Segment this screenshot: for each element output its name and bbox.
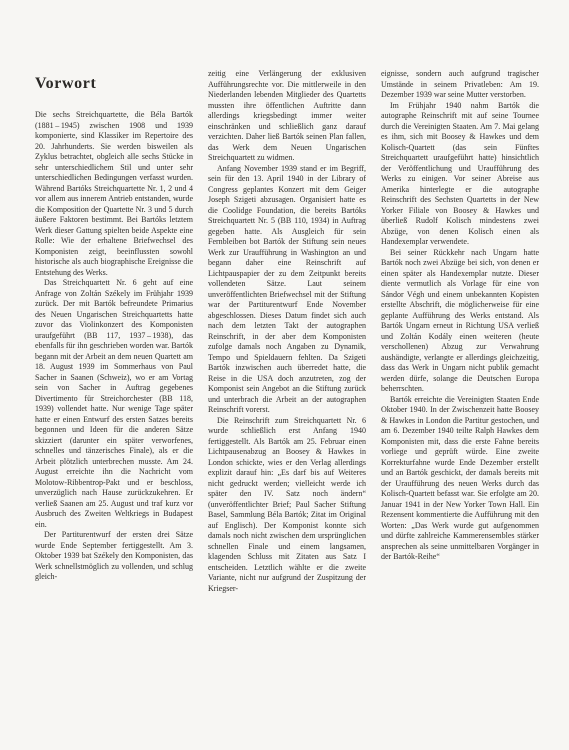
text-column-2: zeitig eine Verlängerung der exklusiven … [208,69,366,670]
paragraph: Der Partiturentwurf der ersten drei Sätz… [35,530,193,583]
paragraph: Im Frühjahr 1940 nahm Bartók die autogra… [381,101,539,248]
paragraph: Bartók erreichte die Vereinigten Staaten… [381,395,539,563]
paragraph: Die Reinschrift zum Streichquartett Nr. … [208,416,366,595]
paragraph: Das Streichquartett Nr. 6 geht auf eine … [35,278,193,530]
paragraph: zeitig eine Verlängerung der exklusiven … [208,69,366,164]
text-column-1: Die sechs Streichquartette, die Béla Bar… [35,110,193,670]
paragraph: Die sechs Streichquartette, die Béla Bar… [35,110,193,278]
paragraph: Anfang November 1939 stand er im Begriff… [208,164,366,416]
page-title: Vorwort [35,75,96,93]
paragraph: eignisse, sondern auch aufgrund tragisch… [381,69,539,101]
paragraph: Bei seiner Rückkehr nach Ungarn hatte Ba… [381,248,539,395]
text-column-3: eignisse, sondern auch aufgrund tragisch… [381,69,539,670]
preface-page: Vorwort Die sechs Streichquartette, die … [0,0,569,750]
